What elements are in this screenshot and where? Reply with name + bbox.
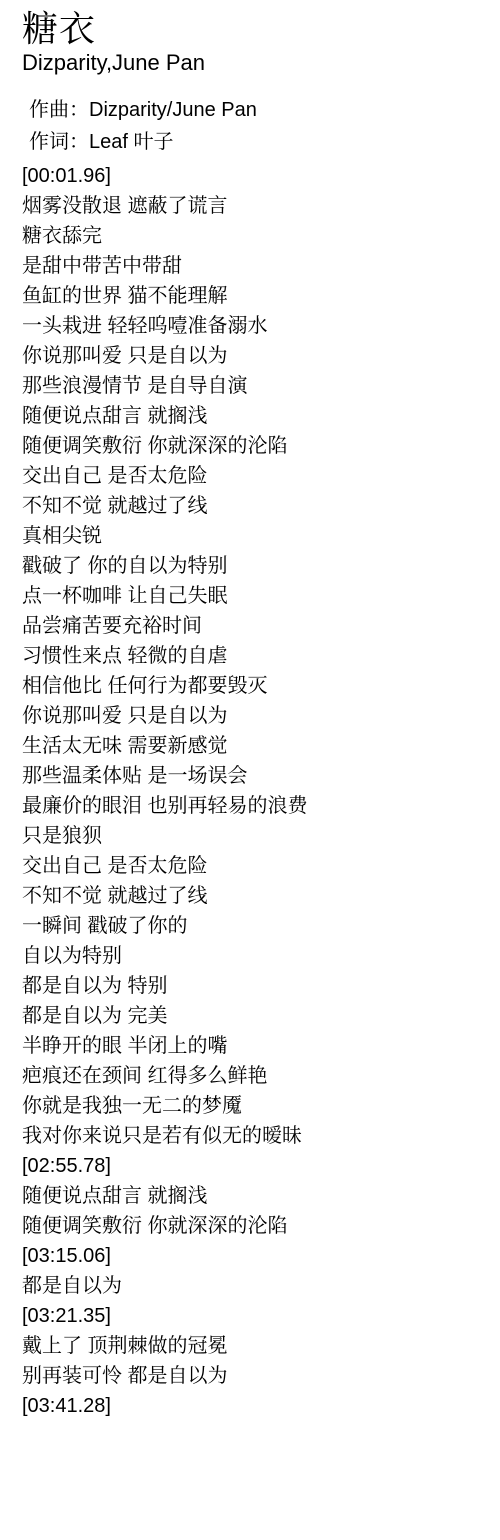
- lyric-line: 自以为特别: [22, 941, 490, 971]
- credit-lyricist: 作词：Leaf 叶子: [22, 126, 490, 158]
- lyric-line: 都是自以为: [22, 1271, 490, 1301]
- lyric-line: 相信他比 任何行为都要毁灭: [22, 671, 490, 701]
- lyrics-section: [00:01.96]烟雾没散退 遮蔽了谎言糖衣舔完是甜中带苦中带甜鱼缸的世界 猫…: [22, 161, 490, 1421]
- lyric-line: 你说那叫爱 只是自以为: [22, 701, 490, 731]
- lyric-line: 不知不觉 就越过了线: [22, 491, 490, 521]
- lyrics-page: 糖衣 Dizparity,June Pan 作曲：Dizparity/June …: [0, 0, 500, 1421]
- song-title: 糖衣: [22, 8, 490, 50]
- lyric-line: 不知不觉 就越过了线: [22, 881, 490, 911]
- lyric-line: 随便说点甜言 就搁浅: [22, 1181, 490, 1211]
- lyric-timestamp: [00:01.96]: [22, 161, 490, 191]
- lyric-line: 那些浪漫情节 是自导自演: [22, 371, 490, 401]
- lyric-line: 戴上了 顶荆棘做的冠冕: [22, 1331, 490, 1361]
- lyric-line: 你说那叫爱 只是自以为: [22, 341, 490, 371]
- lyric-line: 是甜中带苦中带甜: [22, 251, 490, 281]
- lyric-line: 半睁开的眼 半闭上的嘴: [22, 1031, 490, 1061]
- lyric-line: 点一杯咖啡 让自己失眠: [22, 581, 490, 611]
- lyric-line: 最廉价的眼泪 也别再轻易的浪费: [22, 791, 490, 821]
- lyric-line: 一瞬间 戳破了你的: [22, 911, 490, 941]
- lyric-line: 鱼缸的世界 猫不能理解: [22, 281, 490, 311]
- lyric-line: 随便说点甜言 就搁浅: [22, 401, 490, 431]
- lyric-line: 一头栽进 轻轻呜噎准备溺水: [22, 311, 490, 341]
- song-artists: Dizparity,June Pan: [22, 50, 490, 75]
- lyric-line: 随便调笑敷衍 你就深深的沦陷: [22, 1211, 490, 1241]
- lyric-line: 交出自己 是否太危险: [22, 461, 490, 491]
- lyric-line: 都是自以为 完美: [22, 1001, 490, 1031]
- lyric-line: 品尝痛苦要充裕时间: [22, 611, 490, 641]
- lyric-line: 随便调笑敷衍 你就深深的沦陷: [22, 431, 490, 461]
- lyric-line: 只是狼狈: [22, 821, 490, 851]
- lyric-timestamp: [03:15.06]: [22, 1241, 490, 1271]
- credit-composer: 作曲：Dizparity/June Pan: [22, 94, 490, 126]
- lyric-line: 我对你来说只是若有似无的暧昧: [22, 1121, 490, 1151]
- lyric-line: 别再装可怜 都是自以为: [22, 1361, 490, 1391]
- lyric-line: 交出自己 是否太危险: [22, 851, 490, 881]
- lyric-line: 疤痕还在颈间 红得多么鲜艳: [22, 1061, 490, 1091]
- lyric-line: 戳破了 你的自以为特别: [22, 551, 490, 581]
- lyric-line: 烟雾没散退 遮蔽了谎言: [22, 191, 490, 221]
- lyric-line: 生活太无味 需要新感觉: [22, 731, 490, 761]
- credits-section: 作曲：Dizparity/June Pan 作词：Leaf 叶子: [22, 94, 490, 158]
- lyric-line: 糖衣舔完: [22, 221, 490, 251]
- lyric-line: 你就是我独一无二的梦魇: [22, 1091, 490, 1121]
- lyric-line: 那些温柔体贴 是一场误会: [22, 761, 490, 791]
- lyric-line: 都是自以为 特别: [22, 971, 490, 1001]
- lyric-timestamp: [03:41.28]: [22, 1391, 490, 1421]
- lyric-timestamp: [03:21.35]: [22, 1301, 490, 1331]
- lyric-line: 真相尖锐: [22, 521, 490, 551]
- lyric-timestamp: [02:55.78]: [22, 1151, 490, 1181]
- lyric-line: 习惯性来点 轻微的自虐: [22, 641, 490, 671]
